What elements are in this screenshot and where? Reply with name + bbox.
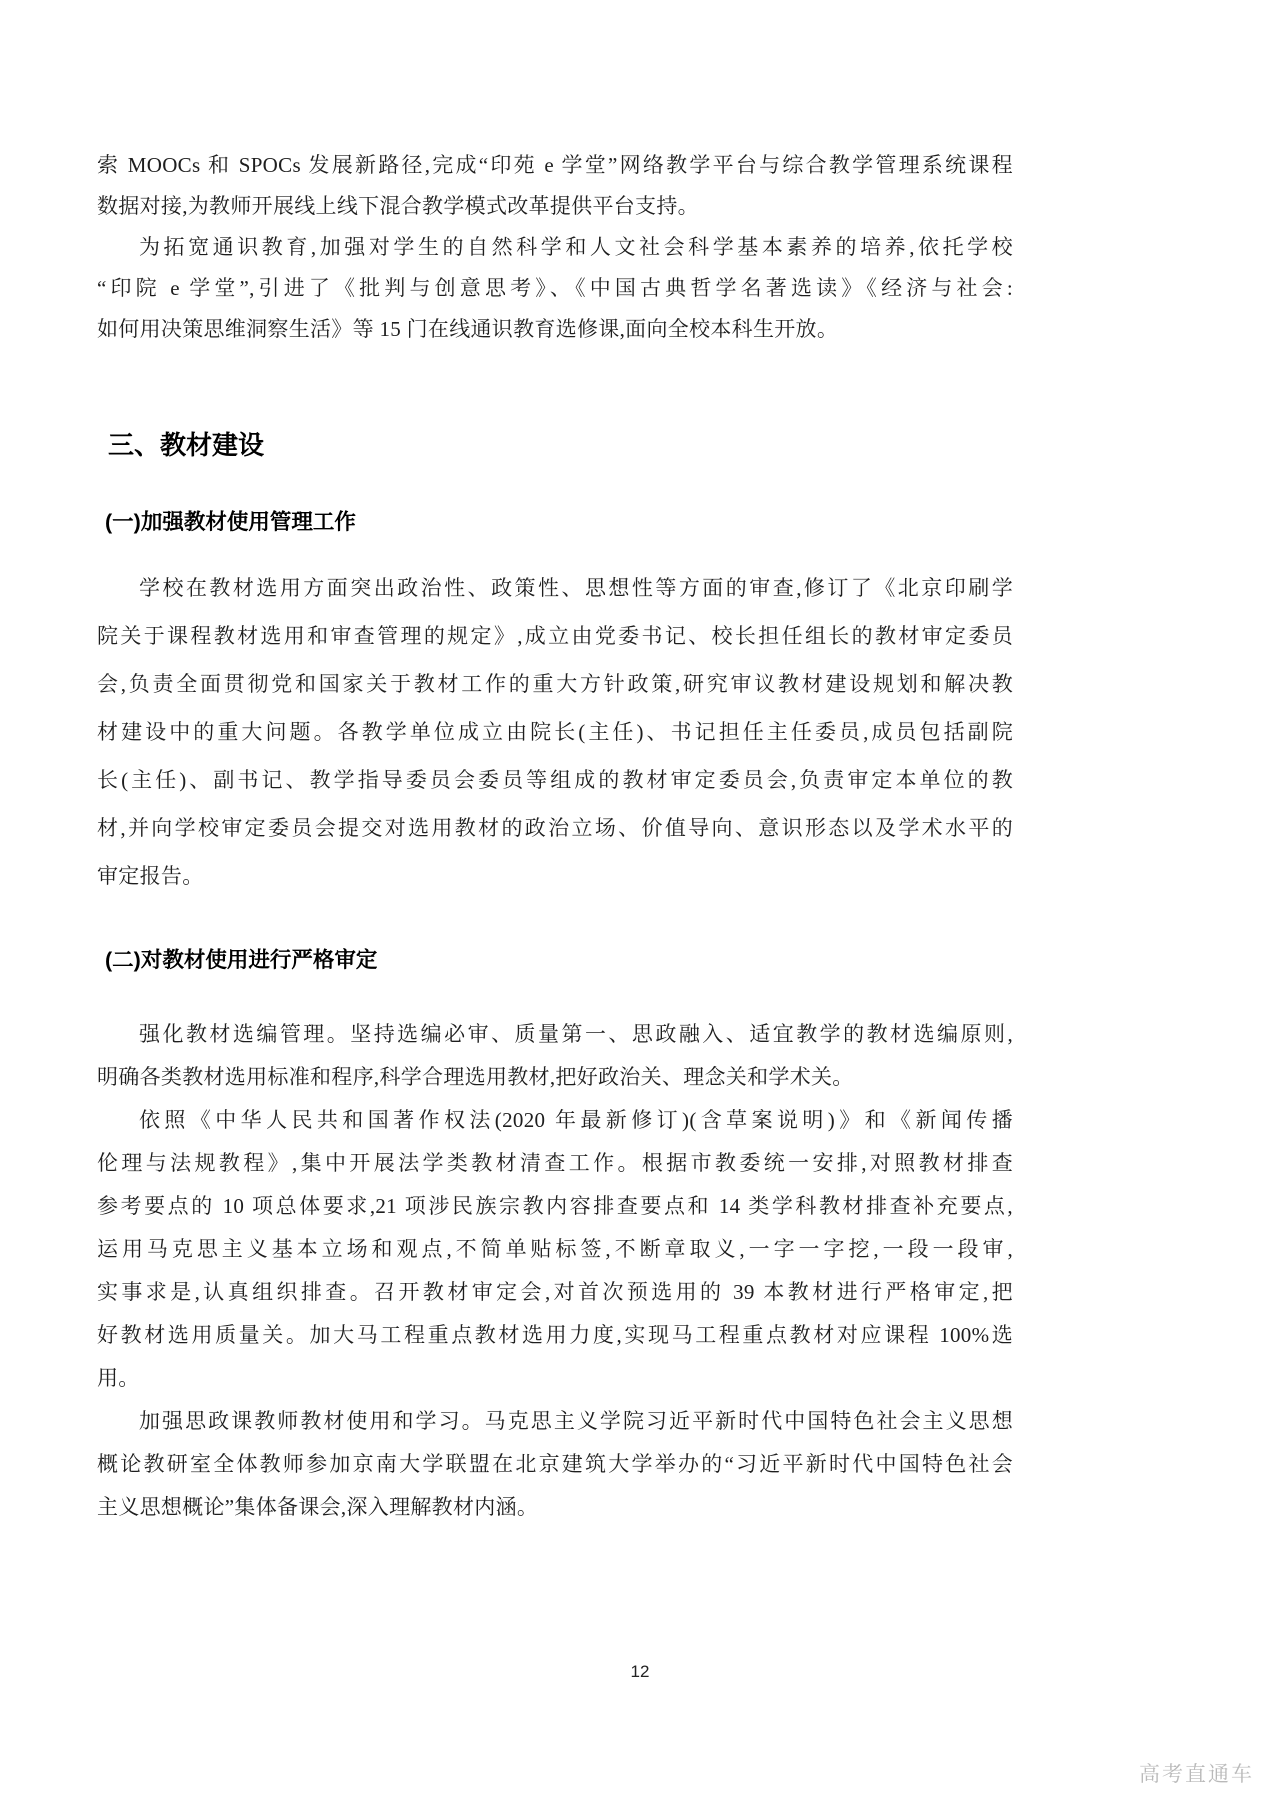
text-line: 会,负责全面贯彻党和国家关于教材工作的重大方针政策,研究审议教材建设规划和解决教 <box>97 660 1013 708</box>
section-heading: 三、教材建设 <box>108 428 1013 462</box>
paragraph: 索 MOOCs 和 SPOCs 发展新路径,完成“印苑 e 学堂”网络教学平台与… <box>97 145 1013 350</box>
subsection-heading: (二)对教材使用进行严格审定 <box>105 945 1013 975</box>
text-line: 加强思政课教师教材使用和学习。马克思主义学院习近平新时代中国特色社会主义思想 <box>97 1400 1013 1443</box>
text-line: 院关于课程教材选用和审查管理的规定》,成立由党委书记、校长担任组长的教材审定委员 <box>97 612 1013 660</box>
text-line: 参考要点的 10 项总体要求,21 项涉民族宗教内容排查要点和 14 类学科教材… <box>97 1185 1013 1228</box>
subsection-heading: (一)加强教材使用管理工作 <box>105 507 1013 537</box>
text-line: 依照《中华人民共和国著作权法(2020 年最新修订)(含草案说明)》和《新闻传播 <box>97 1099 1013 1142</box>
text-line: 概论教研室全体教师参加京南大学联盟在北京建筑大学举办的“习近平新时代中国特色社会 <box>97 1443 1013 1486</box>
document-body: 索 MOOCs 和 SPOCs 发展新路径,完成“印苑 e 学堂”网络教学平台与… <box>97 0 1013 1529</box>
text-line: 长(主任)、副书记、教学指导委员会委员等组成的教材审定委员会,负责审定本单位的教 <box>97 756 1013 804</box>
text-line: 运用马克思主义基本立场和观点,不简单贴标签,不断章取义,一字一字挖,一段一段审, <box>97 1228 1013 1271</box>
text-line: 索 MOOCs 和 SPOCs 发展新路径,完成“印苑 e 学堂”网络教学平台与… <box>97 145 1013 186</box>
paragraph: 学校在教材选用方面突出政治性、政策性、思想性等方面的审查,修订了《北京印刷学院关… <box>97 564 1013 900</box>
text-line: 强化教材选编管理。坚持选编必审、质量第一、思政融入、适宜教学的教材选编原则, <box>97 1013 1013 1056</box>
text-line: 审定报告。 <box>97 852 1013 900</box>
text-line: “印院 e 学堂”,引进了《批判与创意思考》、《中国古典哲学名著选读》《经济与社… <box>97 268 1013 309</box>
text-line: 明确各类教材选用标准和程序,科学合理选用教材,把好政治关、理念关和学术关。 <box>97 1056 1013 1099</box>
text-line: 材,并向学校审定委员会提交对选用教材的政治立场、价值导向、意识形态以及学术水平的 <box>97 804 1013 852</box>
page-number: 12 <box>0 1662 1280 1682</box>
text-line: 数据对接,为教师开展线上线下混合教学模式改革提供平台支持。 <box>97 186 1013 227</box>
watermark: 高考直通车 <box>1139 1758 1254 1788</box>
text-line: 材建设中的重大问题。各教学单位成立由院长(主任)、书记担任主任委员,成员包括副院 <box>97 708 1013 756</box>
text-line: 如何用决策思维洞察生活》等 15 门在线通识教育选修课,面向全校本科生开放。 <box>97 309 1013 350</box>
paragraph: 强化教材选编管理。坚持选编必审、质量第一、思政融入、适宜教学的教材选编原则,明确… <box>97 1013 1013 1529</box>
document-page: 索 MOOCs 和 SPOCs 发展新路径,完成“印苑 e 学堂”网络教学平台与… <box>0 0 1280 1810</box>
text-line: 主义思想概论”集体备课会,深入理解教材内涵。 <box>97 1486 1013 1529</box>
text-line: 伦理与法规教程》,集中开展法学类教材清查工作。根据市教委统一安排,对照教材排查 <box>97 1142 1013 1185</box>
text-line: 好教材选用质量关。加大马工程重点教材选用力度,实现马工程重点教材对应课程 100… <box>97 1314 1013 1357</box>
text-line: 学校在教材选用方面突出政治性、政策性、思想性等方面的审查,修订了《北京印刷学 <box>97 564 1013 612</box>
text-line: 用。 <box>97 1357 1013 1400</box>
text-line: 为拓宽通识教育,加强对学生的自然科学和人文社会科学基本素养的培养,依托学校 <box>97 227 1013 268</box>
text-line: 实事求是,认真组织排查。召开教材审定会,对首次预选用的 39 本教材进行严格审定… <box>97 1271 1013 1314</box>
